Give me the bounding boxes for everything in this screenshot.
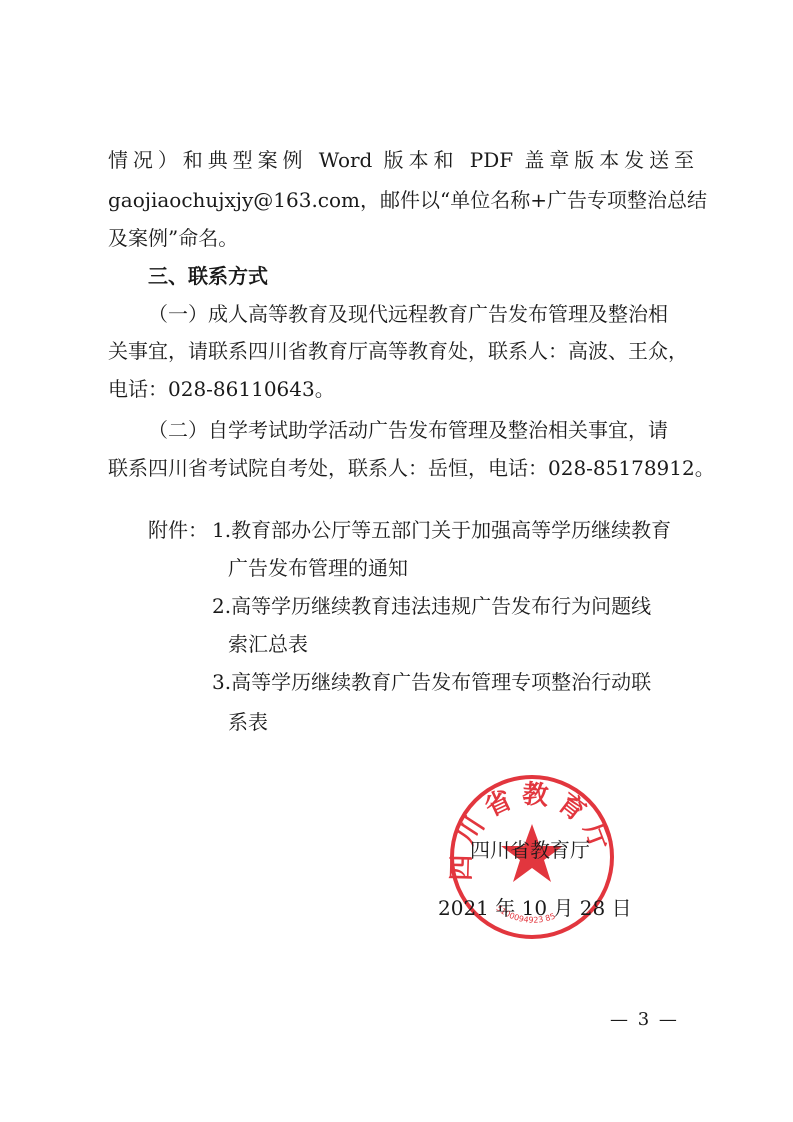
attachment-item-2: 2.高等学历继续教育违法违规广告发布行为问题线 bbox=[212, 594, 651, 618]
contact-item-one-phone: 电话：028-86110643。 bbox=[108, 377, 694, 401]
attachment-item-1-cont: 广告发布管理的通知 bbox=[228, 556, 408, 580]
attachment-item-3: 3.高等学历继续教育广告发布管理专项整治行动联 bbox=[212, 670, 651, 694]
paragraph-line: 及案例”命名。 bbox=[108, 226, 694, 250]
document-page: 情况）和典型案例 Word 版本和 PDF 盖章版本发送至 gaojiaochu… bbox=[0, 0, 793, 1122]
signing-date: 2021 年 10 月 28 日 bbox=[438, 896, 632, 920]
page-number: — 3 — bbox=[610, 1008, 679, 1032]
contact-item-two-line: （二）自学考试助学活动广告发布管理及整治相关事宜，请 bbox=[148, 418, 694, 442]
contact-item-two-phone: 联系四川省考试院自考处，联系人：岳恒，电话：028-85178912。 bbox=[108, 456, 694, 480]
contact-item-one-line: （一）成人高等教育及现代远程教育广告发布管理及整治相 bbox=[148, 302, 694, 326]
paragraph-line-email: gaojiaochujxjy@163.com，邮件以“单位名称+广告专项整治总结 bbox=[108, 188, 694, 212]
attachment-item-1: 1.教育部办公厅等五部门关于加强高等学历继续教育 bbox=[212, 518, 671, 542]
contact-item-one-line: 关事宜，请联系四川省教育厅高等教育处，联系人：高波、王众， bbox=[108, 339, 694, 363]
attachments-label: 附件： bbox=[148, 518, 208, 542]
attachment-item-3-cont: 系表 bbox=[228, 710, 268, 734]
paragraph-line: 情况）和典型案例 Word 版本和 PDF 盖章版本发送至 bbox=[108, 148, 694, 172]
signing-organization: 四川省教育厅 bbox=[470, 838, 590, 862]
section-heading: 三、联系方式 bbox=[148, 264, 734, 288]
attachment-item-2-cont: 索汇总表 bbox=[228, 632, 308, 656]
